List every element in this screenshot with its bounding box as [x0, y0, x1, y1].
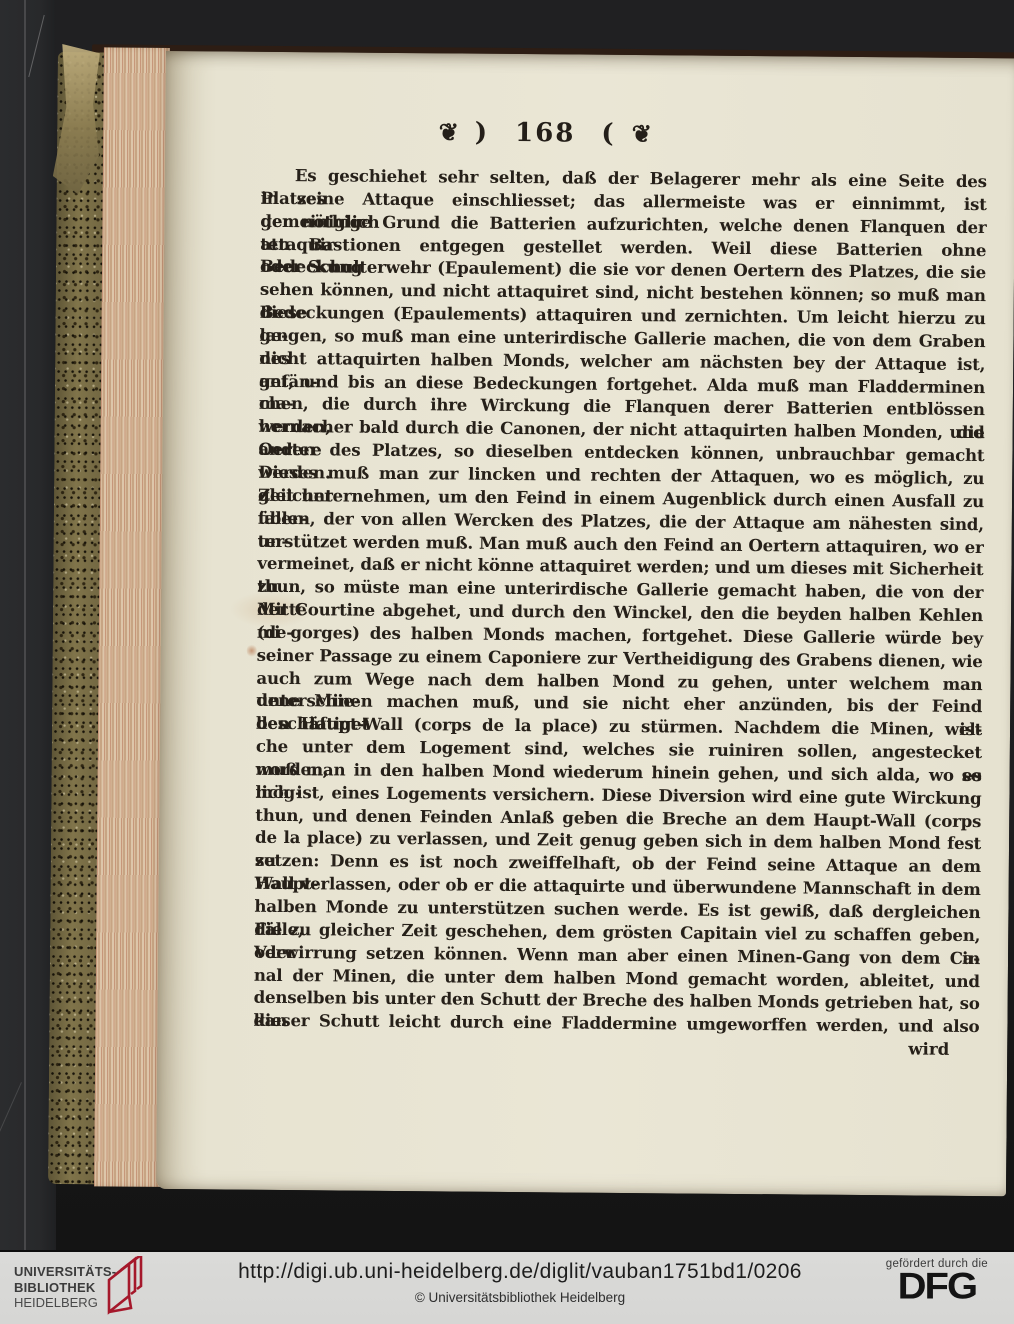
permalink-url: http://digi.ub.uni-heidelberg.de/diglit/… — [150, 1260, 890, 1284]
book-scan: ❦)168(❦ Es geschiehet sehr selten, daß d… — [48, 44, 1014, 1198]
page-text-lines: Es geschiehet sehr selten, daß der Belag… — [253, 164, 987, 1061]
dfg-logo: DFG — [886, 1270, 988, 1303]
scanner-cradle-band — [0, 0, 56, 1252]
header-close-paren: ( — [601, 119, 616, 149]
header-open-paren: ) — [475, 118, 490, 148]
book-page: ❦)168(❦ Es geschiehet sehr selten, daß d… — [156, 51, 1014, 1196]
dfg-funding-block: gefördert durch die DFG — [886, 1258, 988, 1306]
digilib-footer-bar: UNIVERSITÄTS- BIBLIOTHEK HEIDELBERG http… — [0, 1250, 1014, 1324]
scanner-guide-line — [24, 0, 26, 1252]
university-library-logo-icon — [101, 1256, 153, 1318]
page-number: 168 — [515, 118, 576, 149]
header-fleuron-right-icon: ❦ — [632, 119, 652, 148]
copyright-note: © Universitätsbibliothek Heidelberg — [150, 1290, 890, 1305]
page-header: ❦)168(❦ — [165, 115, 925, 152]
scan-viewport: ❦)168(❦ Es geschiehet sehr selten, daß d… — [0, 0, 1014, 1324]
paper-stain — [247, 644, 257, 658]
footer-center: http://digi.ub.uni-heidelberg.de/diglit/… — [150, 1260, 890, 1305]
header-fleuron-left-icon: ❦ — [439, 117, 459, 146]
